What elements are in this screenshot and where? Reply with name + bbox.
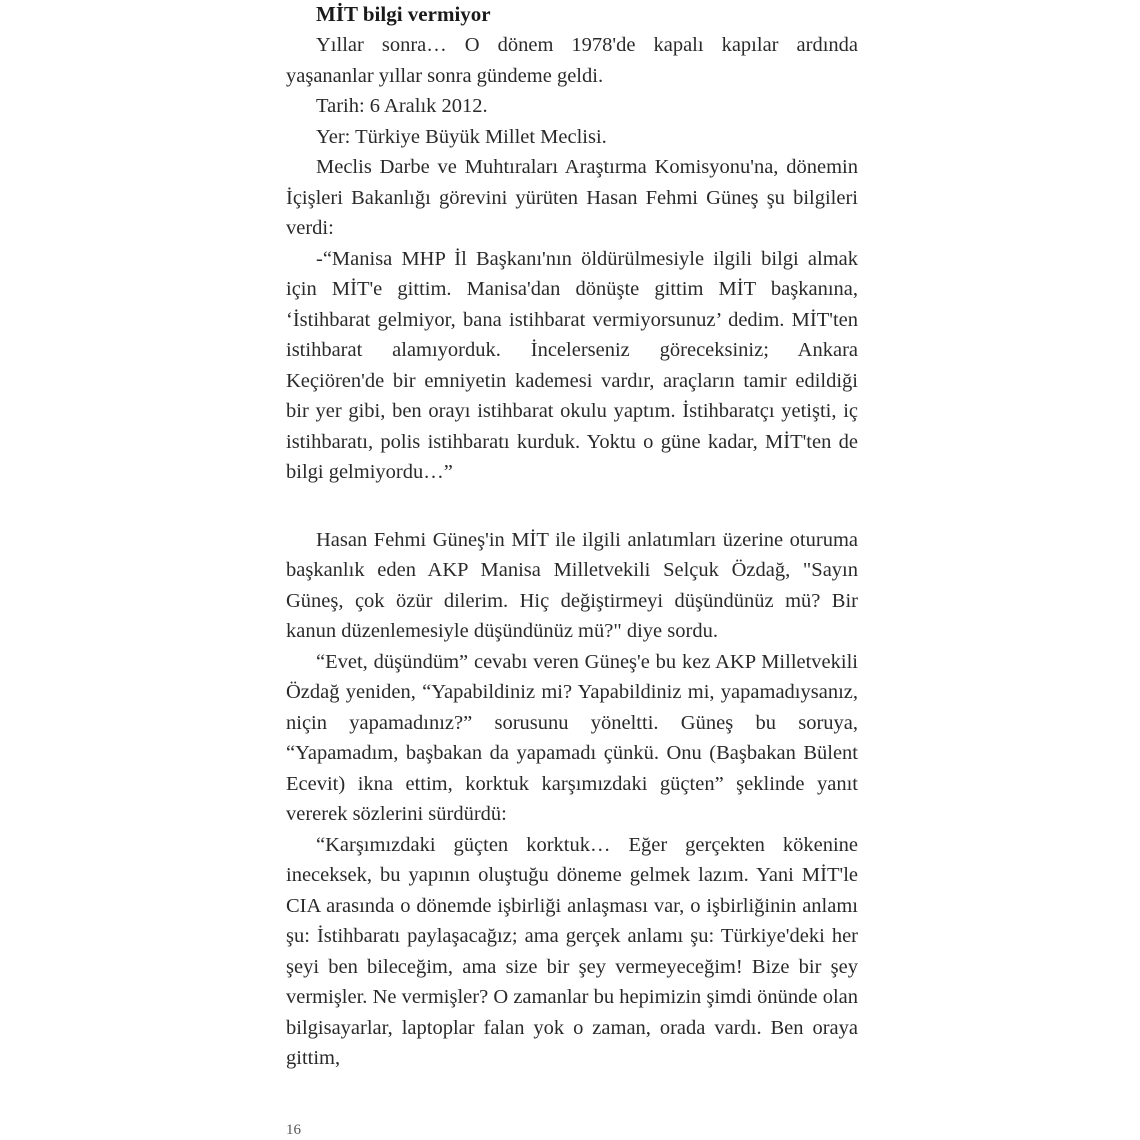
paragraph-place: Yer: Türkiye Büyük Millet Meclisi.: [286, 122, 858, 153]
paragraph-date: Tarih: 6 Aralık 2012.: [286, 91, 858, 122]
paragraph-gap: [286, 488, 858, 525]
paragraph-quote-cia: “Karşımızdaki güçten korktuk… Eğer gerçe…: [286, 830, 858, 1074]
page-number: 16: [286, 1122, 301, 1139]
section-title: MİT bilgi vermiyor: [286, 0, 858, 30]
paragraph-intro: Yıllar sonra… O dönem 1978'de kapalı kap…: [286, 30, 858, 91]
book-page: MİT bilgi vermiyor Yıllar sonra… O dönem…: [286, 0, 858, 1074]
paragraph-quote-gunes: -“Manisa MHP İl Başkanı'nın öldürülmesiy…: [286, 244, 858, 488]
paragraph-ozdag-question: Hasan Fehmi Güneş'in MİT ile ilgili anla…: [286, 525, 858, 647]
paragraph-gunes-answer: “Evet, düşündüm” cevabı veren Güneş'e bu…: [286, 647, 858, 830]
paragraph-commission: Meclis Darbe ve Muhtıraları Araştırma Ko…: [286, 152, 858, 244]
